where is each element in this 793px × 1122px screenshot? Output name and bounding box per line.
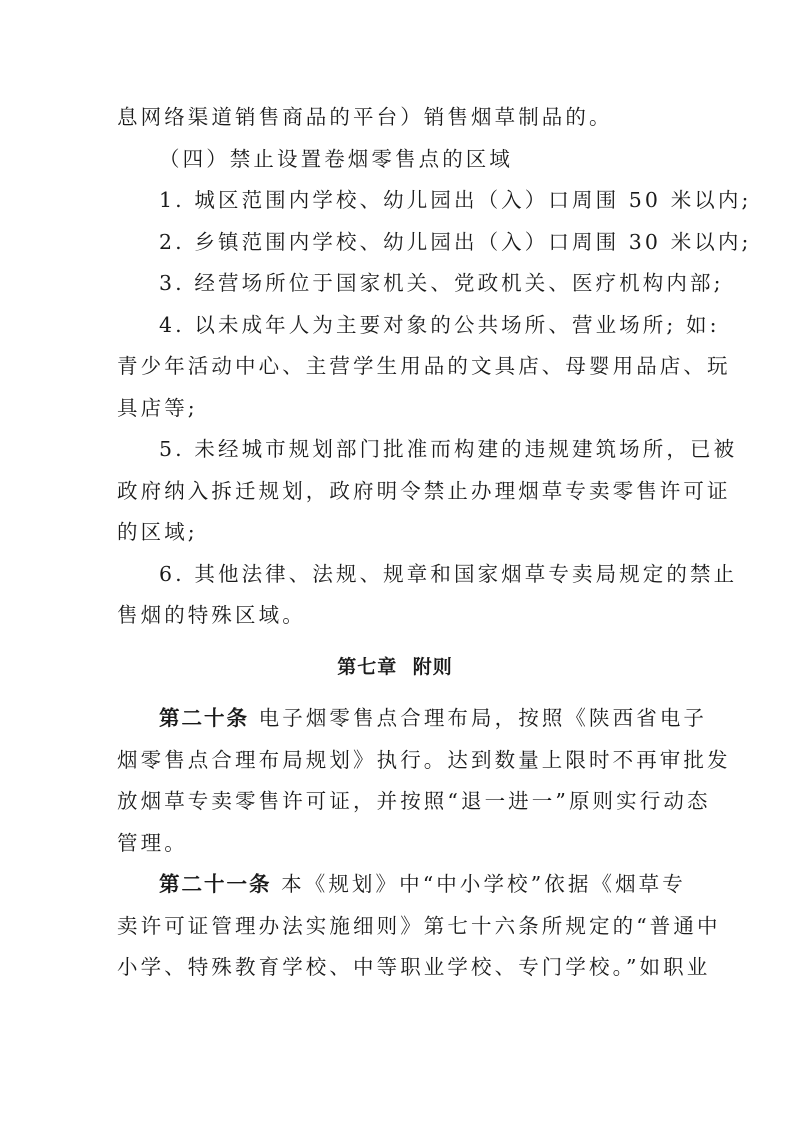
list-item-6-line-2: 售烟的特殊区域。	[117, 595, 673, 637]
list-item-4-line-1: 4. 以未成年人为主要对象的公共场所、营业场所; 如:	[117, 305, 673, 347]
article-20-line-1: 第二十条 电子烟零售点合理布局，按照《陕西省电子	[117, 698, 673, 740]
article-20-line-3: 放烟草专卖零售许可证，并按照“退一进一”原则实行动态	[117, 781, 673, 823]
list-item-6-line-1: 6. 其他法律、法规、规章和国家烟草专卖局规定的禁止	[117, 554, 673, 596]
article-21-line-3: 小学、特殊教育学校、中等职业学校、专门学校。”如职业	[117, 947, 673, 989]
article-21-line-1: 第二十一条 本《规划》中“中小学校”依据《烟草专	[117, 864, 673, 906]
article-21-line-2: 卖许可证管理办法实施细则》第七十六条所规定的“普通中	[117, 906, 673, 948]
list-item-3: 3. 经营场所位于国家机关、党政机关、医疗机构内部;	[117, 263, 673, 305]
list-item-1: 1. 城区范围内学校、幼儿园出（入）口周围 50 米以内;	[117, 180, 673, 222]
article-21-text-1: 本《规划》中“中小学校”依据《烟草专	[281, 872, 686, 896]
article-20-label: 第二十条	[159, 706, 249, 730]
list-item-4-line-2: 青少年活动中心、主营学生用品的文具店、母婴用品店、玩	[117, 346, 673, 388]
article-20-line-2: 烟零售点合理布局规划》执行。达到数量上限时不再审批发	[117, 740, 673, 782]
article-21-label: 第二十一条	[159, 872, 272, 896]
article-20-line-4: 管理。	[117, 823, 673, 865]
list-item-5-line-2: 政府纳入拆迁规划，政府明令禁止办理烟草专卖零售许可证	[117, 471, 673, 513]
article-20-text-1: 电子烟零售点合理布局，按照《陕西省电子	[259, 706, 707, 730]
paragraph-continuation: 息网络渠道销售商品的平台）销售烟草制品的。	[117, 97, 673, 139]
section-title: （四）禁止设置卷烟零售点的区域	[117, 139, 673, 181]
list-item-2: 2. 乡镇范围内学校、幼儿园出（入）口周围 30 米以内;	[117, 222, 673, 264]
list-item-5-line-1: 5. 未经城市规划部门批准而构建的违规建筑场所，已被	[117, 429, 673, 471]
chapter-title: 第七章 附则	[117, 647, 673, 689]
list-item-4-line-3: 具店等;	[117, 388, 673, 430]
document-page: 息网络渠道销售商品的平台）销售烟草制品的。 （四）禁止设置卷烟零售点的区域 1.…	[117, 97, 673, 989]
list-item-5-line-3: 的区域;	[117, 512, 673, 554]
